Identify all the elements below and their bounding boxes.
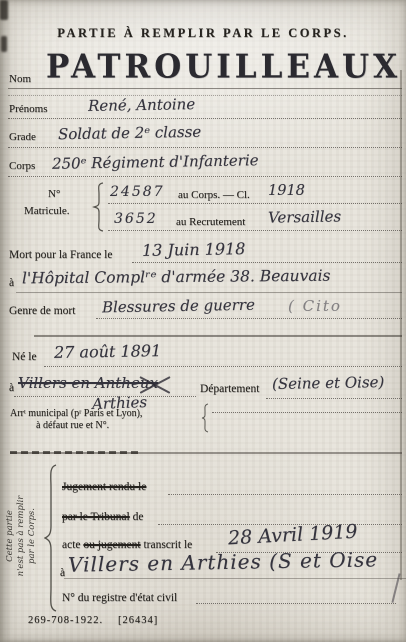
arrondissement-label-2: à défaut rue et N°. <box>36 420 109 431</box>
matricule-line2-underline <box>108 230 402 231</box>
form-title: PARTIE À REMPLIR PAR LE CORPS. <box>0 26 406 41</box>
section-divider <box>34 335 402 337</box>
scanned-death-record-form: PARTIE À REMPLIR PAR LE CORPS. Nom PATRO… <box>0 0 406 642</box>
marginal-note: Cette partie n'est pas à remplir par le … <box>5 466 43 606</box>
jugement-label-struck: Jugement rendu le <box>62 481 146 493</box>
registre-label: N° du registre d'état civil <box>62 592 177 604</box>
grade-label: Grade <box>9 131 36 143</box>
departement-underline <box>266 398 402 399</box>
arrondissement-brace-icon <box>201 403 209 433</box>
transcrit-lieu-value: Villers en Arthies (S et Oise <box>68 547 379 576</box>
genre-mort-underline <box>96 318 402 319</box>
nom-underline-2 <box>8 95 402 96</box>
departement-label: Département <box>200 383 259 395</box>
ne-le-label: Né le <box>12 351 37 363</box>
ne-lieu-value-struck: Villers en Antheux <box>18 374 158 392</box>
matricule-brace-icon <box>92 182 104 232</box>
prenoms-label: Prénoms <box>9 103 48 115</box>
mort-le-underline <box>132 262 402 263</box>
tribunal-label: par le Tribunal de <box>62 511 143 523</box>
transcrit-label-struck: ou jugement <box>83 539 140 551</box>
nom-label: Nom <box>9 73 31 85</box>
genre-mort-marginal-note: ( Cito <box>288 297 342 315</box>
prenoms-value: René, Antoine <box>88 95 195 115</box>
matricule-label: Matricule. <box>24 205 70 217</box>
grade-underline <box>8 147 402 148</box>
printer-imprint-code: 269-708-1922. <box>28 615 103 626</box>
marginal-line-1: Cette partie <box>5 466 16 606</box>
ne-lieu-label: à <box>9 382 14 394</box>
section-divider-2-dashes <box>10 451 140 454</box>
matricule-corps-number: 24587 <box>110 184 165 200</box>
matricule-recrutement-number: 3652 <box>114 211 158 227</box>
departement-value: (Seine et Oise) <box>272 373 385 393</box>
prenoms-underline <box>8 118 402 119</box>
mort-le-label: Mort pour la France le <box>9 249 112 261</box>
matricule-no-label: N° <box>48 188 60 200</box>
recrutement-label: au Recrutement <box>176 216 245 228</box>
corps-value: 250ᵉ Régiment d'Infanterie <box>52 151 259 173</box>
jugement-underline <box>168 494 402 495</box>
nom-underline <box>8 88 402 89</box>
matricule-line1-underline <box>108 203 402 204</box>
matricule-classe: 1918 <box>268 183 305 199</box>
tribunal-label-rest: de <box>133 511 144 523</box>
civil-section-brace-icon <box>44 464 58 612</box>
au-corps-label: au Corps. — Cl. <box>178 189 250 201</box>
marginal-line-3: par le Corps. <box>27 466 38 606</box>
transcrit-label-suffix: transcrit le <box>143 539 192 551</box>
ne-le-underline <box>44 366 402 367</box>
registre-underline <box>196 603 396 604</box>
corps-label: Corps <box>9 160 35 172</box>
nom-value: PATROUILLEAUX <box>46 48 401 86</box>
transcrit-lieu-underline <box>64 578 406 579</box>
grade-value: Soldat de 2ᵉ classe <box>58 123 202 143</box>
mort-lieu-label: à <box>9 277 14 289</box>
corps-underline <box>8 176 402 177</box>
mort-lieu-value: l'Hôpital Complʳᵉ d'armée 38. Beauvais <box>22 267 331 288</box>
tribunal-label-struck: par le Tribunal <box>62 511 130 523</box>
arrondissement-label-1: Arrᵗ municipal (pʳ Paris et Lyon), <box>10 408 142 419</box>
transcrit-label: acte ou jugement transcrit le <box>62 539 192 551</box>
arrondissement-underline <box>212 412 402 413</box>
mort-le-value: 13 Juin 1918 <box>142 239 246 260</box>
genre-mort-label: Genre de mort <box>9 305 75 317</box>
ne-le-value: 27 août 1891 <box>54 341 161 362</box>
printer-imprint-number: [26434] <box>118 615 158 626</box>
genre-mort-value: Blessures de guerre <box>102 296 255 317</box>
transcrit-label-prefix: acte <box>62 539 81 551</box>
scan-edge-mark <box>0 0 8 20</box>
recrutement-place: Versailles <box>268 207 341 226</box>
marginal-line-2: n'est pas à remplir <box>16 466 27 606</box>
mort-lieu-underline <box>16 292 402 293</box>
